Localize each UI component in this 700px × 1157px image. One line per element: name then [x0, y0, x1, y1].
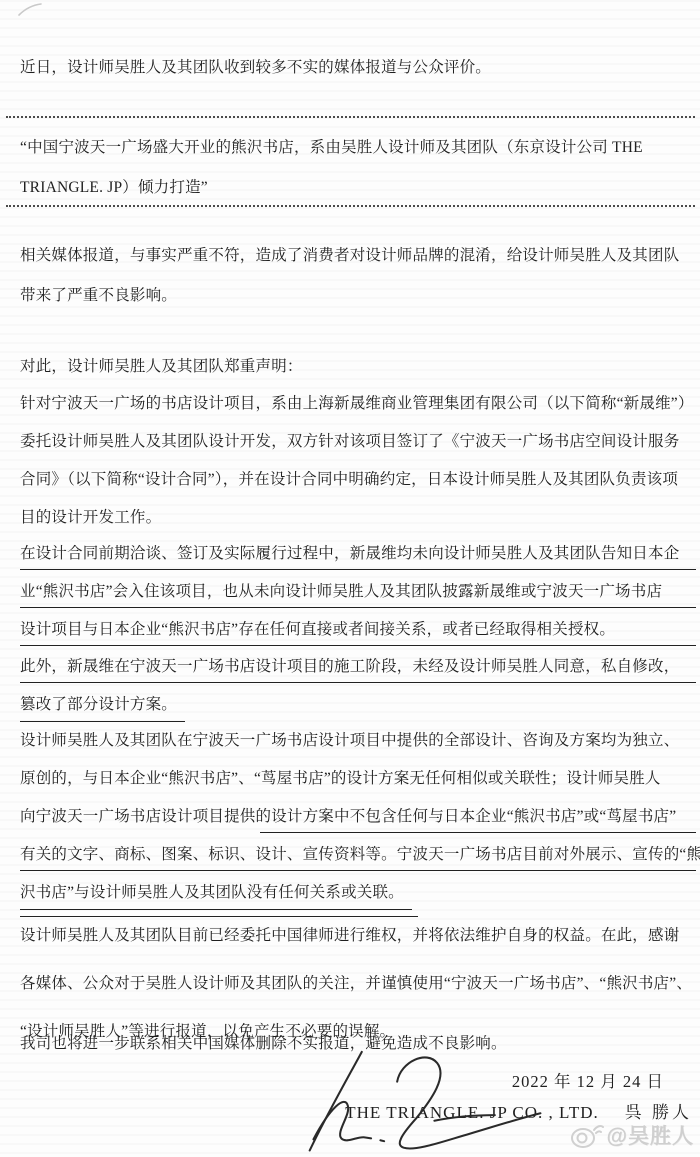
text-line: 近日，设计师吴胜人及其团队收到较多不实的媒体报道与公众评价。: [20, 49, 696, 87]
date-line: 2022 年 12 月 24 日: [0, 1068, 664, 1092]
text-line-content: 原创的，与日本企业“熊沢书店”、“茑屋书店”的设计方案无任何相似或关联性；设计师…: [20, 760, 661, 798]
text-line: 合同》（以下简称“设计合同”），并在设计合同中明确约定，日本设计师吴胜人及其团队…: [20, 461, 696, 499]
text-line: 针对宁波天一广场的书店设计项目，系由上海新晟维商业管理集团有限公司（以下简称“新…: [20, 385, 696, 423]
text-line: 业“熊沢书店”会入住该项目，也从未向设计师吴胜人及其团队披露新晟维或宁波天一广场…: [20, 573, 696, 611]
date-text: 2022 年 12 月 24 日: [512, 1072, 664, 1091]
weibo-watermark-icon: [570, 1121, 604, 1149]
text-line: 对此，设计师吴胜人及其团队郑重声明：: [20, 348, 696, 386]
text-line-content: TRIANGLE. JP）倾力打造”: [20, 168, 208, 208]
text-line: 设计师吴胜人及其团队目前已经委托中国律师进行维权，并将依法维护自身的权益。在此，…: [20, 912, 696, 960]
text-line: 目的设计开发工作。: [20, 499, 696, 537]
text-line-content: 有关的文字、商标、图案、标识、设计、宣传资料等。宁波天一广场书店目前对外展示、宣…: [20, 836, 700, 874]
text-line: 委托设计师吴胜人及其团队设计开发，双方针对该项目签订了《宁波天一广场书店空间设计…: [20, 423, 696, 461]
text-line-content: 此外，新晟维在宁波天一广场书店设计项目的施工阶段，未经及设计师吴胜人同意，私自修…: [20, 648, 679, 686]
text-line-content: 设计项目与日本企业“熊沢书店”存在任何直接或者间接关系，或者已经取得相关授权。: [20, 611, 615, 649]
text-line: 原创的，与日本企业“熊沢书店”、“茑屋书店”的设计方案无任何相似或关联性；设计师…: [20, 760, 696, 798]
paragraph-impact: 相关媒体报道，与事实严重不符，造成了消费者对设计师品牌的混淆，给设计师吴胜人及其…: [20, 236, 696, 316]
text-line: 带来了严重不良影响。: [20, 276, 696, 316]
text-line-content: 针对宁波天一广场的书店设计项目，系由上海新晟维商业管理集团有限公司（以下简称“新…: [20, 385, 694, 423]
text-line-content: 带来了严重不良影响。: [20, 276, 177, 316]
dotted-separator-top: [6, 116, 695, 118]
paragraph-statement-3: 此外，新晟维在宁波天一广场书店设计项目的施工阶段，未经及设计师吴胜人同意，私自修…: [20, 648, 696, 724]
text-line-content: 目的设计开发工作。: [20, 499, 161, 537]
paragraph-statement-2: 在设计合同前期洽谈、签订及实际履行过程中，新晟维均未向设计师吴胜人及其团队告知日…: [20, 535, 696, 649]
watermark: @吴胜人: [570, 1120, 694, 1150]
text-line-content: 在设计合同前期洽谈、签订及实际履行过程中，新晟维均未向设计师吴胜人及其团队告知日…: [20, 535, 679, 573]
text-line: “中国宁波天一广场盛大开业的熊沢书店，系由吴胜人设计师及其团队（东京设计公司 T…: [20, 128, 696, 168]
text-line-content: 设计师吴胜人及其团队目前已经委托中国律师进行维权，并将依法维护自身的权益。在此，…: [20, 912, 679, 960]
paragraph-statement-4: 设计师吴胜人及其团队在宁波天一广场书店设计项目中提供的全部设计、咨询及方案均为独…: [20, 722, 696, 912]
text-line-content: 篡改了部分设计方案。: [20, 686, 177, 724]
text-line-content: 各媒体、公众对于吴胜人设计师及其团队的关注，并谨慎使用“宁波天一广场书店”、“熊…: [20, 960, 692, 1008]
statement-document-page: 近日，设计师吴胜人及其团队收到较多不实的媒体报道与公众评价。 “中国宁波天一广场…: [0, 0, 700, 1157]
corner-pen-mark: [16, 2, 44, 18]
text-line-content: 沢书店”与设计师吴胜人及其团队没有任何关系或关联。: [20, 874, 404, 912]
text-line-content: 设计师吴胜人及其团队在宁波天一广场书店设计项目中提供的全部设计、咨询及方案均为独…: [20, 722, 679, 760]
text-line: 相关媒体报道，与事实严重不符，造成了消费者对设计师品牌的混淆，给设计师吴胜人及其…: [20, 236, 696, 276]
text-line: 向宁波天一广场书店设计项目提供的设计方案中不包含任何与日本企业“熊沢书店”或“茑…: [20, 798, 696, 836]
text-line-content: 我司也将进一步联系相关中国媒体删除不实报道，避免造成不良影响。: [20, 1025, 507, 1063]
text-line-content: 业“熊沢书店”会入住该项目，也从未向设计师吴胜人及其团队披露新晟维或宁波天一广场…: [20, 573, 662, 611]
text-line: 设计师吴胜人及其团队在宁波天一广场书店设计项目中提供的全部设计、咨询及方案均为独…: [20, 722, 696, 760]
text-line-content: 对此，设计师吴胜人及其团队郑重声明：: [20, 348, 303, 386]
paragraph-quoted-claim: “中国宁波天一广场盛大开业的熊沢书店，系由吴胜人设计师及其团队（东京设计公司 T…: [20, 128, 696, 208]
paragraph-closing: 我司也将进一步联系相关中国媒体删除不实报道，避免造成不良影响。: [20, 1025, 696, 1063]
paragraph-statement-1: 针对宁波天一广场的书店设计项目，系由上海新晟维商业管理集团有限公司（以下简称“新…: [20, 385, 696, 537]
company-name: THE TRIANGLE. JP CO. , LTD.: [345, 1103, 599, 1122]
text-line: 有关的文字、商标、图案、标识、设计、宣传资料等。宁波天一广场书店目前对外展示、宣…: [20, 836, 696, 874]
text-line-content: 合同》（以下简称“设计合同”），并在设计合同中明确约定，日本设计师吴胜人及其团队…: [20, 461, 678, 499]
text-line-content: 相关媒体报道，与事实严重不符，造成了消费者对设计师品牌的混淆，给设计师吴胜人及其…: [20, 236, 679, 276]
text-line: 篡改了部分设计方案。: [20, 686, 696, 724]
paragraph-statement-lead: 对此，设计师吴胜人及其团队郑重声明：: [20, 348, 696, 386]
text-line: 沢书店”与设计师吴胜人及其团队没有任何关系或关联。: [20, 874, 696, 912]
text-line: 设计项目与日本企业“熊沢书店”存在任何直接或者间接关系，或者已经取得相关授权。: [20, 611, 696, 649]
text-line: 各媒体、公众对于吴胜人设计师及其团队的关注，并谨慎使用“宁波天一广场书店”、“熊…: [20, 960, 696, 1008]
text-line: 此外，新晟维在宁波天一广场书店设计项目的施工阶段，未经及设计师吴胜人同意，私自修…: [20, 648, 696, 686]
text-line: 在设计合同前期洽谈、签订及实际履行过程中，新晟维均未向设计师吴胜人及其团队告知日…: [20, 535, 696, 573]
text-line-content: 向宁波天一广场书店设计项目提供的设计方案中不包含任何与日本企业“熊沢书店”或“茑…: [20, 798, 676, 836]
text-line-content: 委托设计师吴胜人及其团队设计开发，双方针对该项目签订了《宁波天一广场书店空间设计…: [20, 423, 679, 461]
text-line: 我司也将进一步联系相关中国媒体删除不实报道，避免造成不良影响。: [20, 1025, 696, 1063]
paragraph-intro: 近日，设计师吴胜人及其团队收到较多不实的媒体报道与公众评价。: [20, 49, 696, 87]
text-line-content: “中国宁波天一广场盛大开业的熊沢书店，系由吴胜人设计师及其团队（东京设计公司 T…: [20, 128, 643, 168]
text-line: TRIANGLE. JP）倾力打造”: [20, 168, 696, 208]
dotted-separator-bottom: [6, 205, 695, 207]
watermark-text: @吴胜人: [607, 1120, 694, 1150]
text-line-content: 近日，设计师吴胜人及其团队收到较多不实的媒体报道与公众评价。: [20, 49, 491, 87]
